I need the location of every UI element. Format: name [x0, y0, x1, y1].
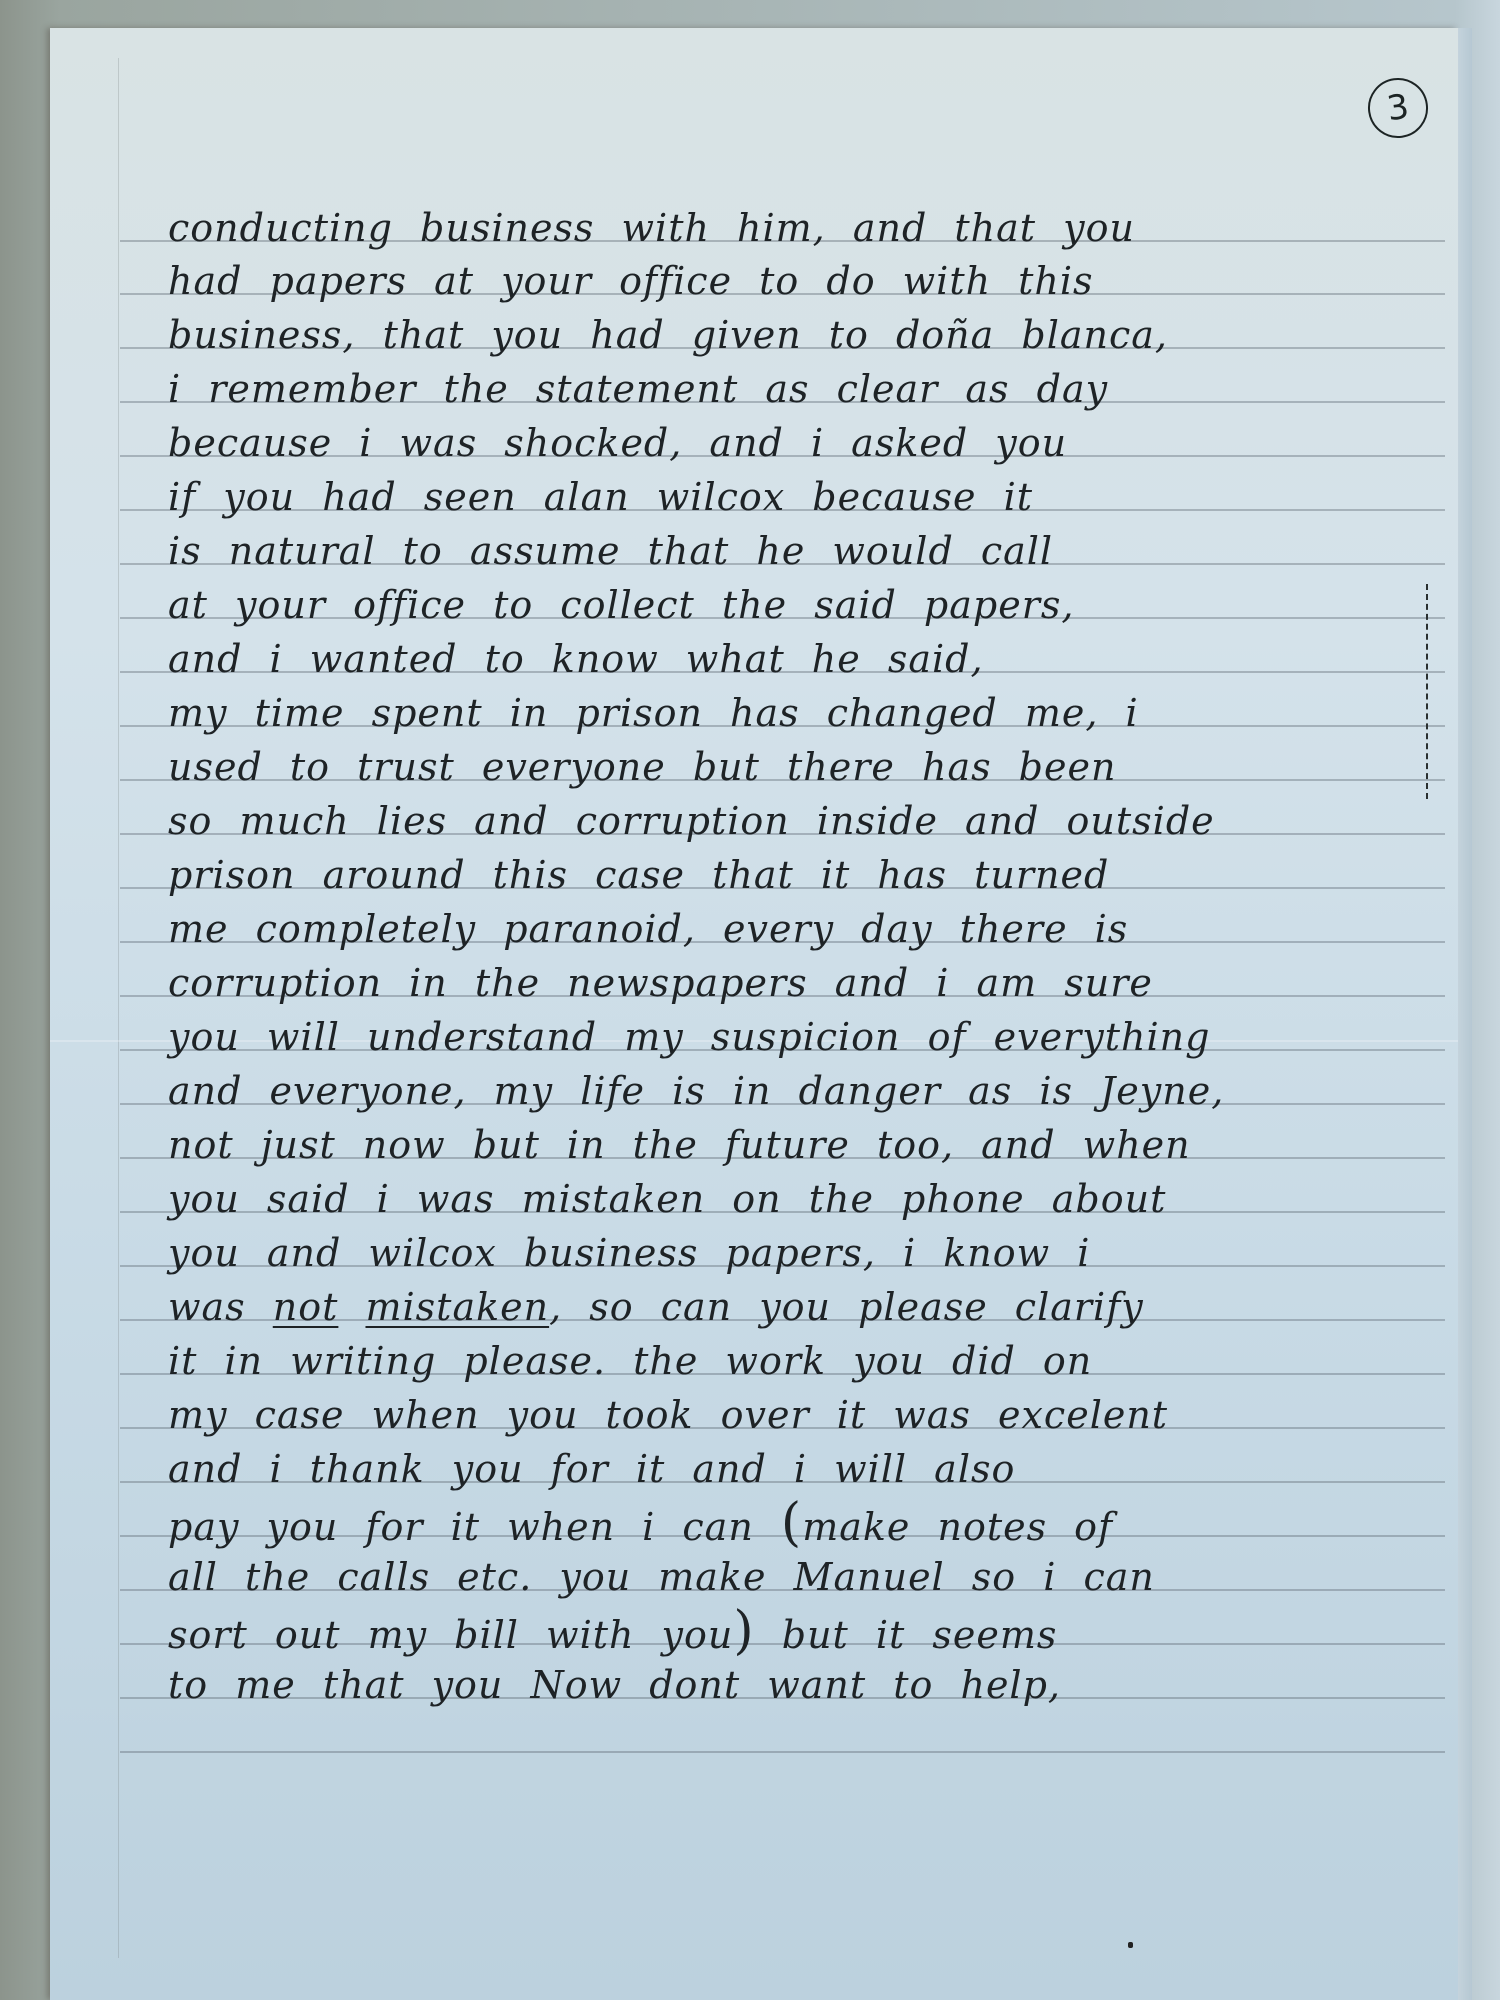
open-parenthesis: ( — [781, 1493, 802, 1553]
text-fragment: sort out my bill with you — [168, 1613, 733, 1657]
underlined-word-not: not — [273, 1285, 339, 1329]
text-line: all the calls etc. you make Manuel so i … — [168, 1555, 1448, 1599]
text-line: had papers at your office to do with thi… — [168, 259, 1448, 303]
text-line: is natural to assume that he would call — [168, 529, 1448, 573]
close-parenthesis: ) — [733, 1601, 754, 1661]
text-fragment — [338, 1285, 365, 1329]
ruled-line — [120, 1751, 1445, 1753]
text-line: prison around this case that it has turn… — [168, 853, 1448, 897]
text-line: and everyone, my life is in danger as is… — [168, 1069, 1448, 1113]
text-line: to me that you Now dont want to help, — [168, 1663, 1448, 1707]
text-line: so much lies and corruption inside and o… — [168, 799, 1448, 843]
text-fragment: , so can you please clarify — [549, 1285, 1144, 1329]
text-line: because i was shocked, and i asked you — [168, 421, 1448, 465]
text-line: it in writing please. the work you did o… — [168, 1339, 1448, 1383]
text-fragment: was — [168, 1285, 273, 1329]
text-line: and i wanted to know what he said, — [168, 637, 1448, 681]
text-line: you said i was mistaken on the phone abo… — [168, 1177, 1448, 1221]
text-fragment: pay you for it when i can — [168, 1505, 781, 1549]
handwritten-letter-page: 3 conducting business with him, and that… — [50, 28, 1458, 2000]
text-line-underlined: was not mistaken, so can you please clar… — [168, 1285, 1448, 1329]
text-line: conducting business with him, and that y… — [168, 206, 1448, 250]
text-line: sort out my bill with you) but it seems — [168, 1609, 1448, 1653]
text-line: i remember the statement as clear as day — [168, 367, 1448, 411]
text-line: not just now but in the future too, and … — [168, 1123, 1448, 1167]
text-fragment: make notes of — [802, 1505, 1113, 1549]
text-line: at your office to collect the said paper… — [168, 583, 1448, 627]
text-line: pay you for it when i can (make notes of — [168, 1501, 1448, 1545]
text-line: my time spent in prison has changed me, … — [168, 691, 1448, 735]
underlined-word-mistaken: mistaken — [365, 1285, 549, 1329]
ink-spot — [1128, 1942, 1133, 1948]
text-line: corruption in the newspapers and i am su… — [168, 961, 1448, 1005]
text-line: you and wilcox business papers, i know i — [168, 1231, 1448, 1275]
circled-page-number: 3 — [1364, 74, 1432, 142]
margin-line — [118, 58, 119, 1958]
text-fragment: but it seems — [755, 1613, 1058, 1657]
text-line: and i thank you for it and i will also — [168, 1447, 1448, 1491]
text-line: business, that you had given to doña bla… — [168, 313, 1448, 357]
text-line: my case when you took over it was excele… — [168, 1393, 1448, 1437]
text-line: me completely paranoid, every day there … — [168, 907, 1448, 951]
text-line: you will understand my suspicion of ever… — [168, 1015, 1448, 1059]
text-line: used to trust everyone but there has bee… — [168, 745, 1448, 789]
text-line: if you had seen alan wilcox because it — [168, 475, 1448, 519]
